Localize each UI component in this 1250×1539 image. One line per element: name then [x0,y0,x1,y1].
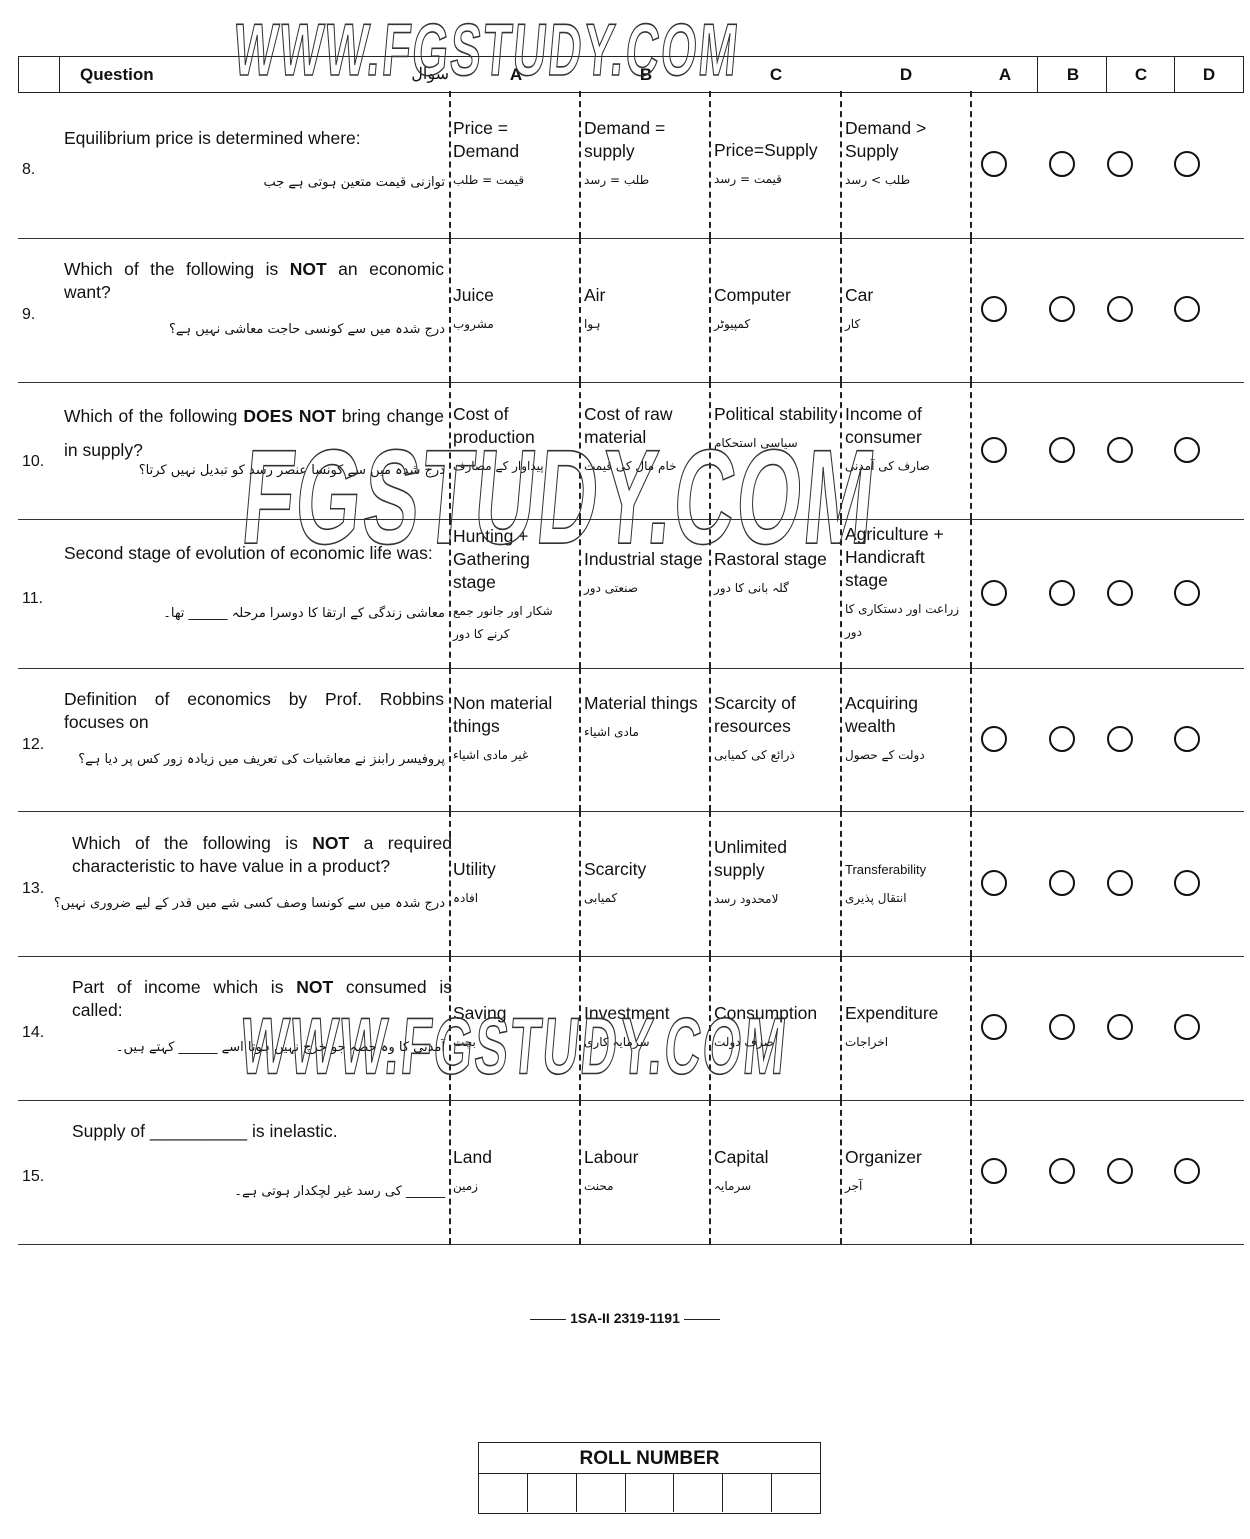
option-d: Agriculture + Handicraft stageزراعت اور … [845,523,969,644]
table-row: 8.Equilibrium price is determined where:… [18,91,1244,239]
question-emphasis: DOES NOT [243,406,335,426]
answer-bubble-b[interactable] [1049,580,1075,606]
question-text-urdu: آمدنی کا وہ حصہ جو خرچ نہیں ہوتا اسے ___… [116,1040,445,1055]
option-text-urdu: گلہ بانی کا دور [714,577,838,600]
table-row: 11.Second stage of evolution of economic… [18,519,1244,669]
question-number: 10. [22,453,44,471]
roll-number-cell[interactable] [528,1474,577,1512]
option-text: Investment [584,1003,670,1023]
answer-bubble-d[interactable] [1174,870,1200,896]
option-b: Material thingsمادی اشیاء [584,692,708,744]
option-text: Organizer [845,1147,922,1167]
option-b: Industrial stageصنعتی دور [584,548,708,600]
answer-bubble-d[interactable] [1174,726,1200,752]
option-c: Political stabilityسیاسی استحکام [714,403,838,455]
table-row: 14.Part of income which is NOT consumed … [18,956,1244,1101]
option-d: Carکار [845,284,969,336]
answer-bubble-b[interactable] [1049,437,1075,463]
question-number: 15. [22,1168,44,1186]
option-text: Price = Demand [453,118,519,161]
option-text-urdu: شکار اور جانور جمع کرنے کا دور [453,600,577,646]
option-d: Expenditureاخراجات [845,1002,969,1054]
option-text-urdu: آجر [845,1175,969,1198]
option-text: Unlimited supply [714,837,787,880]
option-text-urdu: زراعت اور دستکاری کا دور [845,598,969,644]
roll-number-title: ROLL NUMBER [479,1443,820,1474]
answer-bubble-b[interactable] [1049,1014,1075,1040]
answer-bubble-a[interactable] [981,580,1007,606]
question-text-part: Which of the following [64,406,243,426]
header-option-a: A [451,57,581,92]
option-text-urdu: قیمت = طلب [453,169,577,192]
option-d: Organizerآجر [845,1146,969,1198]
option-text-urdu: مادی اشیاء [584,721,708,744]
answer-bubble-a[interactable] [981,437,1007,463]
option-text: Labour [584,1147,639,1167]
option-text: Consumption [714,1003,817,1023]
answer-bubble-c[interactable] [1107,296,1133,322]
option-c: Price=Supplyقیمت = رسد [714,139,838,191]
option-text: Saving [453,1003,507,1023]
answer-bubble-c[interactable] [1107,1158,1133,1184]
option-text-urdu: محنت [584,1175,708,1198]
question-text: Which of the following DOES NOT bring ch… [64,399,444,467]
answer-bubble-b[interactable] [1049,1158,1075,1184]
option-text-urdu: کمیابی [584,887,708,910]
roll-number-cell[interactable] [626,1474,675,1512]
option-text-urdu: صنعتی دور [584,577,708,600]
option-text: Land [453,1147,492,1167]
question-emphasis: NOT [290,259,327,279]
header-answer-b: B [1039,57,1107,92]
option-a: Savingبچت [453,1002,577,1054]
question-number: 14. [22,1024,44,1042]
option-text-urdu: قیمت = رسد [714,168,838,191]
answer-bubble-d[interactable] [1174,580,1200,606]
question-emphasis: NOT [296,977,333,997]
roll-number-cell[interactable] [723,1474,772,1512]
answer-bubble-a[interactable] [981,1014,1007,1040]
option-text-urdu: کار [845,313,969,336]
option-text-urdu: طلب = رسد [584,169,708,192]
question-text: Supply of __________ is inelastic. [72,1120,452,1143]
option-c: Capitalسرمایہ [714,1146,838,1198]
question-text-part: Part of income which is [72,977,296,997]
option-text: Cost of production [453,404,535,447]
header-question-urdu: سوال [319,57,449,92]
question-text-urdu: توازنی قیمت متعین ہوتی ہے جب [263,175,445,190]
option-text: Demand = supply [584,118,665,161]
option-text: Demand > Supply [845,118,926,161]
question-text: Definition of economics by Prof. Robbins… [64,688,444,734]
answer-sheet: Question سوال A B C D A B C D [18,56,1244,93]
answer-bubble-a[interactable] [981,726,1007,752]
question-text-urdu: ______ کی رسد غیر لچکدار ہوتی ہے۔ [234,1184,445,1199]
option-b: Scarcityکمیابی [584,858,708,910]
table-row: 13.Which of the following is NOT a requi… [18,811,1244,957]
question-text-part: Which of the following is [72,833,312,853]
option-a: Utilityافادہ [453,858,577,910]
header-option-d: D [841,57,971,92]
paper-code-text: 1SA-II 2319-1191 [570,1310,680,1326]
paper-code: 1SA-II 2319-1191 [0,1310,1250,1326]
question-text-urdu: درج شدہ میں سے کونسا وصف کسی شے میں قدر … [54,896,445,911]
option-text: Income of consumer [845,404,922,447]
answer-bubble-c[interactable] [1107,726,1133,752]
option-text: Political stability [714,404,838,424]
option-text-urdu: زمین [453,1175,577,1198]
option-text-urdu: دولت کے حصول [845,744,969,767]
answer-bubble-a[interactable] [981,151,1007,177]
option-text-urdu: لامحدود رسد [714,888,838,911]
question-text-urdu: پروفیسر رابنز نے معاشیات کی تعریف میں زی… [78,752,445,767]
question-text-part: Which of the following is [64,259,290,279]
question-emphasis: NOT [312,833,349,853]
option-text: Industrial stage [584,549,703,569]
option-text: Expenditure [845,1003,938,1023]
header-answer-c: C [1107,57,1175,92]
answer-bubble-d[interactable] [1174,1014,1200,1040]
option-c: Rastoral stageگلہ بانی کا دور [714,548,838,600]
answer-bubble-c[interactable] [1107,580,1133,606]
answer-bubble-c[interactable] [1107,437,1133,463]
answer-bubble-a[interactable] [981,1158,1007,1184]
option-text-urdu: طلب > رسد [845,169,969,192]
option-a: Price = Demandقیمت = طلب [453,117,577,192]
option-text: Rastoral stage [714,549,827,569]
answer-bubble-b[interactable] [1049,151,1075,177]
answer-bubble-b[interactable] [1049,870,1075,896]
option-text: Utility [453,859,496,879]
question-text-urdu: معاشی زندگی کے ارتقا کا دوسرا مرحلہ ____… [163,606,445,621]
option-text: Juice [453,285,494,305]
option-text-urdu: غیر مادی اشیاء [453,744,577,767]
option-c: Unlimited supplyلامحدود رسد [714,836,838,911]
table-row: 10.Which of the following DOES NOT bring… [18,382,1244,520]
option-b: Labourمحنت [584,1146,708,1198]
option-text-urdu: بچت [453,1031,577,1054]
option-text-urdu: ہوا [584,313,708,336]
answer-bubble-c[interactable] [1107,1014,1133,1040]
roll-number-cell[interactable] [577,1474,626,1512]
question-text: Equilibrium price is determined where: [64,127,444,150]
question-text: Second stage of evolution of economic li… [64,542,444,565]
answer-bubble-d[interactable] [1174,437,1200,463]
answer-bubble-c[interactable] [1107,151,1133,177]
roll-number-cell[interactable] [772,1474,820,1512]
option-text: Capital [714,1147,768,1167]
answer-bubble-a[interactable] [981,296,1007,322]
option-text-urdu: صارف کی آمدنی [845,455,969,478]
option-text-urdu: خام مال کی قیمت [584,455,708,478]
option-text-urdu: مشروب [453,313,577,336]
option-text: Cost of raw material [584,404,673,447]
header-option-b: B [581,57,711,92]
option-text: Car [845,285,873,305]
option-text: Non material things [453,693,552,736]
option-b: Airہوا [584,284,708,336]
option-text-urdu: افادہ [453,887,577,910]
answer-bubble-b[interactable] [1049,296,1075,322]
option-text-urdu: سیاسی استحکام [714,432,838,455]
option-text: Scarcity [584,859,646,879]
answer-bubble-c[interactable] [1107,870,1133,896]
table-row: 9.Which of the following is NOT an econo… [18,238,1244,383]
answer-bubble-d[interactable] [1174,1158,1200,1184]
answer-bubble-a[interactable] [981,870,1007,896]
option-text-urdu: انتقال پذیری [845,887,969,910]
option-text: Acquiring wealth [845,693,918,736]
header-answer-d: D [1175,57,1243,92]
option-c: Computerکمپیوٹر [714,284,838,336]
option-text-urdu: کمپیوٹر [714,313,838,336]
option-text-urdu: صرف دولت [714,1031,838,1054]
option-a: Cost of productionپیداوار کے مصارف [453,403,577,478]
option-text-urdu: پیداوار کے مصارف [453,455,577,478]
question-text: Which of the following is NOT an economi… [64,258,444,304]
option-c: Scarcity of resourcesذرائع کی کمیابی [714,692,838,767]
option-a: Non material thingsغیر مادی اشیاء [453,692,577,767]
option-text-urdu: ذرائع کی کمیابی [714,744,838,767]
question-number: 11. [22,590,43,608]
question-number: 13. [22,880,44,898]
roll-number-box: ROLL NUMBER [478,1442,821,1514]
option-d: Acquiring wealthدولت کے حصول [845,692,969,767]
answer-bubble-d[interactable] [1174,296,1200,322]
question-text: Which of the following is NOT a required… [72,832,452,878]
option-d: Income of consumerصارف کی آمدنی [845,403,969,478]
option-c: Consumptionصرف دولت [714,1002,838,1054]
option-text: Material things [584,693,698,713]
question-text-urdu: درج شدہ میں سے کونسا عنصر رسد کو تبدیل ن… [139,463,445,478]
roll-number-cells [479,1474,820,1512]
answer-bubble-b[interactable] [1049,726,1075,752]
option-a: Landزمین [453,1146,577,1198]
option-d: Demand > Supplyطلب > رسد [845,117,969,192]
question-number: 9. [22,306,35,324]
answer-bubble-d[interactable] [1174,151,1200,177]
option-text-urdu: سرمایہ کاری [584,1031,708,1054]
option-b: Investmentسرمایہ کاری [584,1002,708,1054]
option-text: Scarcity of resources [714,693,796,736]
option-text: Agriculture + Handicraft stage [845,524,944,590]
table-row: 12.Definition of economics by Prof. Robb… [18,668,1244,812]
roll-number-cell[interactable] [479,1474,528,1512]
option-a: Hunting + Gathering stageشکار اور جانور … [453,525,577,646]
question-text-urdu: درج شدہ میں سے کونسی حاجت معاشی نہیں ہے؟ [169,322,445,337]
table-row: 15.Supply of __________ is inelastic.___… [18,1100,1244,1245]
roll-number-cell[interactable] [674,1474,723,1512]
option-d: Transferabilityانتقال پذیری [845,858,969,910]
question-number: 8. [22,161,35,179]
option-text: Hunting + Gathering stage [453,526,530,592]
option-text: Price=Supply [714,140,818,160]
option-text-urdu: اخراجات [845,1031,969,1054]
option-text: Air [584,285,605,305]
option-b: Cost of raw materialخام مال کی قیمت [584,403,708,478]
option-text-urdu: سرمایہ [714,1175,838,1198]
option-text: Computer [714,285,791,305]
option-a: Juiceمشروب [453,284,577,336]
question-number: 12. [22,736,44,754]
option-b: Demand = supplyطلب = رسد [584,117,708,192]
table-header: Question سوال A B C D A B C D [18,56,1244,93]
option-text: Transferability [845,862,926,877]
header-option-c: C [711,57,841,92]
header-answer-a: A [971,57,1039,92]
question-text: Part of income which is NOT consumed is … [72,976,452,1022]
